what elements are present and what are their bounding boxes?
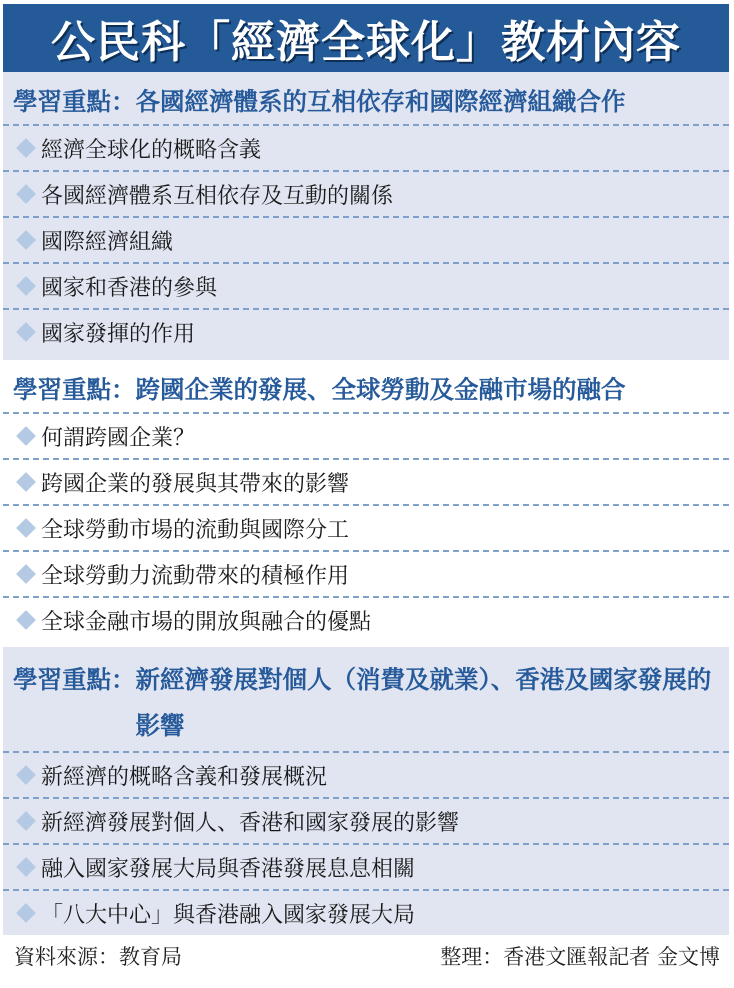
diamond-bullet-icon [16, 184, 36, 204]
diamond-bullet-icon [16, 811, 36, 831]
section-2: 學習重點： 跨國企業的發展、全球勞動及金融市場的融合 何謂跨國企業？ 跨國企業的… [3, 360, 729, 647]
footer: 資料來源：教育局 整理：香港文匯報記者 金文博 [14, 941, 720, 971]
section-topic: 各國經濟體系的互相依存和國際經濟組織合作 [136, 80, 730, 124]
list-item: 新經濟發展對個人、香港和國家發展的影響 [3, 799, 729, 845]
section-topic: 新經濟發展對個人（消費及就業）、香港及國家發展的影響 [136, 657, 730, 749]
diamond-bullet-icon [16, 903, 36, 923]
source-credit: 資料來源：教育局 [14, 941, 182, 971]
section-heading: 學習重點： 各國經濟體系的互相依存和國際經濟組織合作 [3, 72, 729, 126]
page-title: 公民科「經濟全球化」教材內容 [3, 4, 729, 72]
list-item: 全球勞動市場的流動與國際分工 [3, 506, 729, 552]
section-heading: 學習重點： 跨國企業的發展、全球勞動及金融市場的融合 [3, 360, 729, 414]
list-item: 跨國企業的發展與其帶來的影響 [3, 460, 729, 506]
list-item: 何謂跨國企業？ [3, 414, 729, 460]
diamond-bullet-icon [16, 230, 36, 250]
list-item: 融入國家發展大局與香港發展息息相關 [3, 845, 729, 891]
list-item: 「八大中心」與香港融入國家發展大局 [3, 891, 729, 935]
diamond-bullet-icon [16, 857, 36, 877]
section-3: 學習重點： 新經濟發展對個人（消費及就業）、香港及國家發展的影響 新經濟的概略含… [3, 647, 729, 935]
list-item: 國際經濟組織 [3, 218, 729, 264]
diamond-bullet-icon [16, 564, 36, 584]
section-heading: 學習重點： 新經濟發展對個人（消費及就業）、香港及國家發展的影響 [3, 647, 729, 753]
section-label: 學習重點： [13, 368, 136, 412]
diamond-bullet-icon [16, 138, 36, 158]
list-item: 國家發揮的作用 [3, 310, 729, 354]
diamond-bullet-icon [16, 276, 36, 296]
section-label: 學習重點： [13, 657, 136, 749]
diamond-bullet-icon [16, 518, 36, 538]
list-item: 全球金融市場的開放與融合的優點 [3, 598, 729, 642]
list-item: 經濟全球化的概略含義 [3, 126, 729, 172]
section-topic: 跨國企業的發展、全球勞動及金融市場的融合 [136, 368, 730, 412]
author-credit: 整理：香港文匯報記者 金文博 [440, 941, 720, 971]
diamond-bullet-icon [16, 472, 36, 492]
list-item: 國家和香港的參與 [3, 264, 729, 310]
section-label: 學習重點： [13, 80, 136, 124]
diamond-bullet-icon [16, 322, 36, 342]
infographic: 公民科「經濟全球化」教材內容 學習重點： 各國經濟體系的互相依存和國際經濟組織合… [3, 4, 729, 935]
diamond-bullet-icon [16, 426, 36, 446]
diamond-bullet-icon [16, 765, 36, 785]
list-item: 各國經濟體系互相依存及互動的關係 [3, 172, 729, 218]
diamond-bullet-icon [16, 610, 36, 630]
list-item: 全球勞動力流動帶來的積極作用 [3, 552, 729, 598]
list-item: 新經濟的概略含義和發展概況 [3, 753, 729, 799]
section-1: 學習重點： 各國經濟體系的互相依存和國際經濟組織合作 經濟全球化的概略含義 各國… [3, 72, 729, 360]
